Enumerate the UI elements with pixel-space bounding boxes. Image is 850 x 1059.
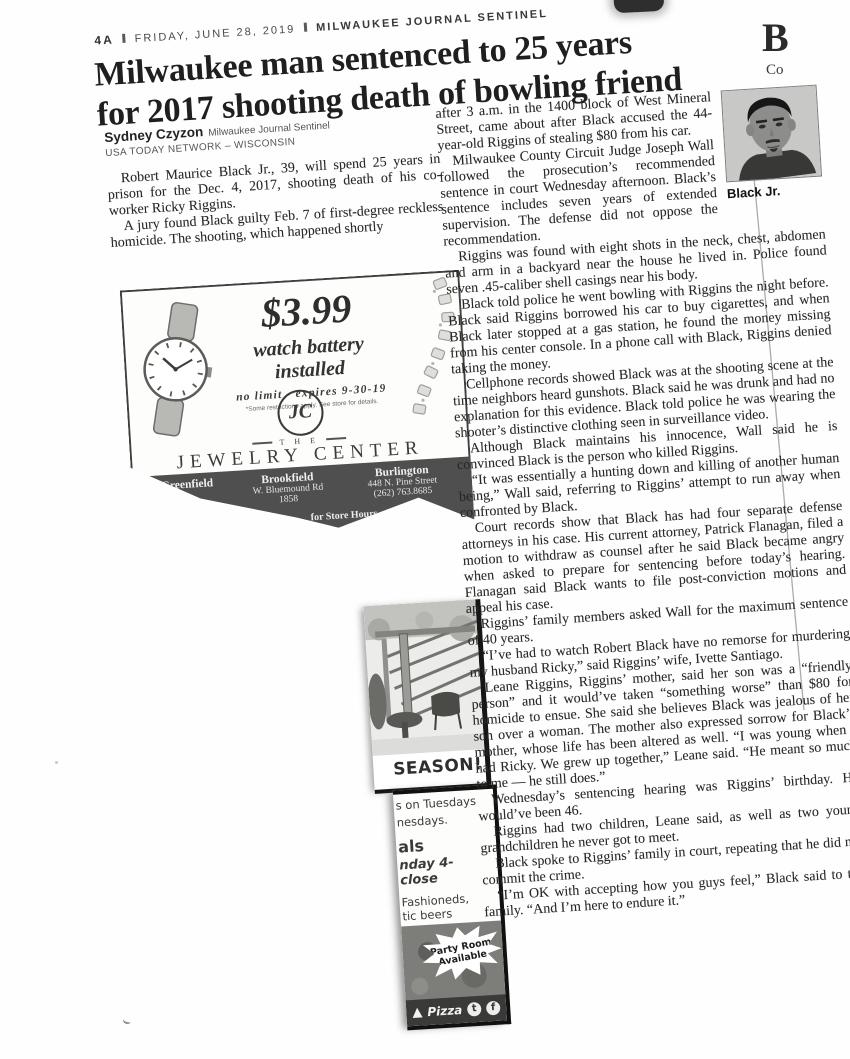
jewelry-center-ad: $3.99 watch battery installed no limit -… (120, 270, 475, 540)
rule-left (253, 442, 273, 445)
rule-right (326, 437, 346, 440)
season-headline-fragment: SEASON! (373, 749, 484, 789)
ad-offer: watch battery installed (217, 331, 401, 388)
mugshot-photo (721, 85, 822, 183)
specials-line: nday 4-close (399, 853, 493, 889)
scanned-page-background: B Co st c t 4AFRIDAY, JUNE 28, 2019MILWA… (0, 0, 850, 1059)
separator-bar-icon (304, 23, 308, 32)
page-number: 4A (94, 32, 114, 47)
store-hours-note: for Store Hours (310, 508, 377, 523)
article-column-right: Black Jr. after 3 a.m. in the 1400 block… (435, 84, 850, 922)
location-burlington: Burlington 448 N. Pine Street (262) 763.… (345, 462, 460, 501)
pizza-slice-icon (412, 1007, 423, 1018)
pizza-footer-strip: Pizza t f (406, 994, 507, 1026)
newspaper-clipping: 4AFRIDAY, JUNE 28, 2019MILWAUKEE JOURNAL… (88, 0, 850, 1046)
separator-bar-icon (122, 34, 126, 43)
wristwatch-illustration (127, 299, 225, 440)
location-greenfield: Greenfield (144, 476, 231, 513)
issue-date: FRIDAY, JUNE 28, 2019 (134, 23, 295, 45)
facebook-icon: f (486, 1001, 501, 1016)
left-paragraphs: Robert Maurice Black Jr., 39, will spend… (106, 152, 444, 252)
location-city: Greenfield (144, 476, 229, 493)
pen-mark (122, 1016, 132, 1025)
article-column-left: Sydney CzyzonMilwaukee Journal Sentinel … (104, 109, 445, 252)
location-brookfield: Brookfield W. Bluemound Rd 1858 (229, 469, 347, 508)
pizza-brand-fragment: Pizza (427, 1003, 463, 1019)
specials-line: nesdays. (396, 810, 489, 830)
ad-price: $3.99 (214, 282, 399, 340)
paper-speck (55, 761, 58, 764)
twitter-icon: t (467, 1002, 482, 1017)
mugshot-figure: Black Jr. (721, 85, 824, 202)
specials-line: s on Tuesdays (395, 793, 488, 813)
